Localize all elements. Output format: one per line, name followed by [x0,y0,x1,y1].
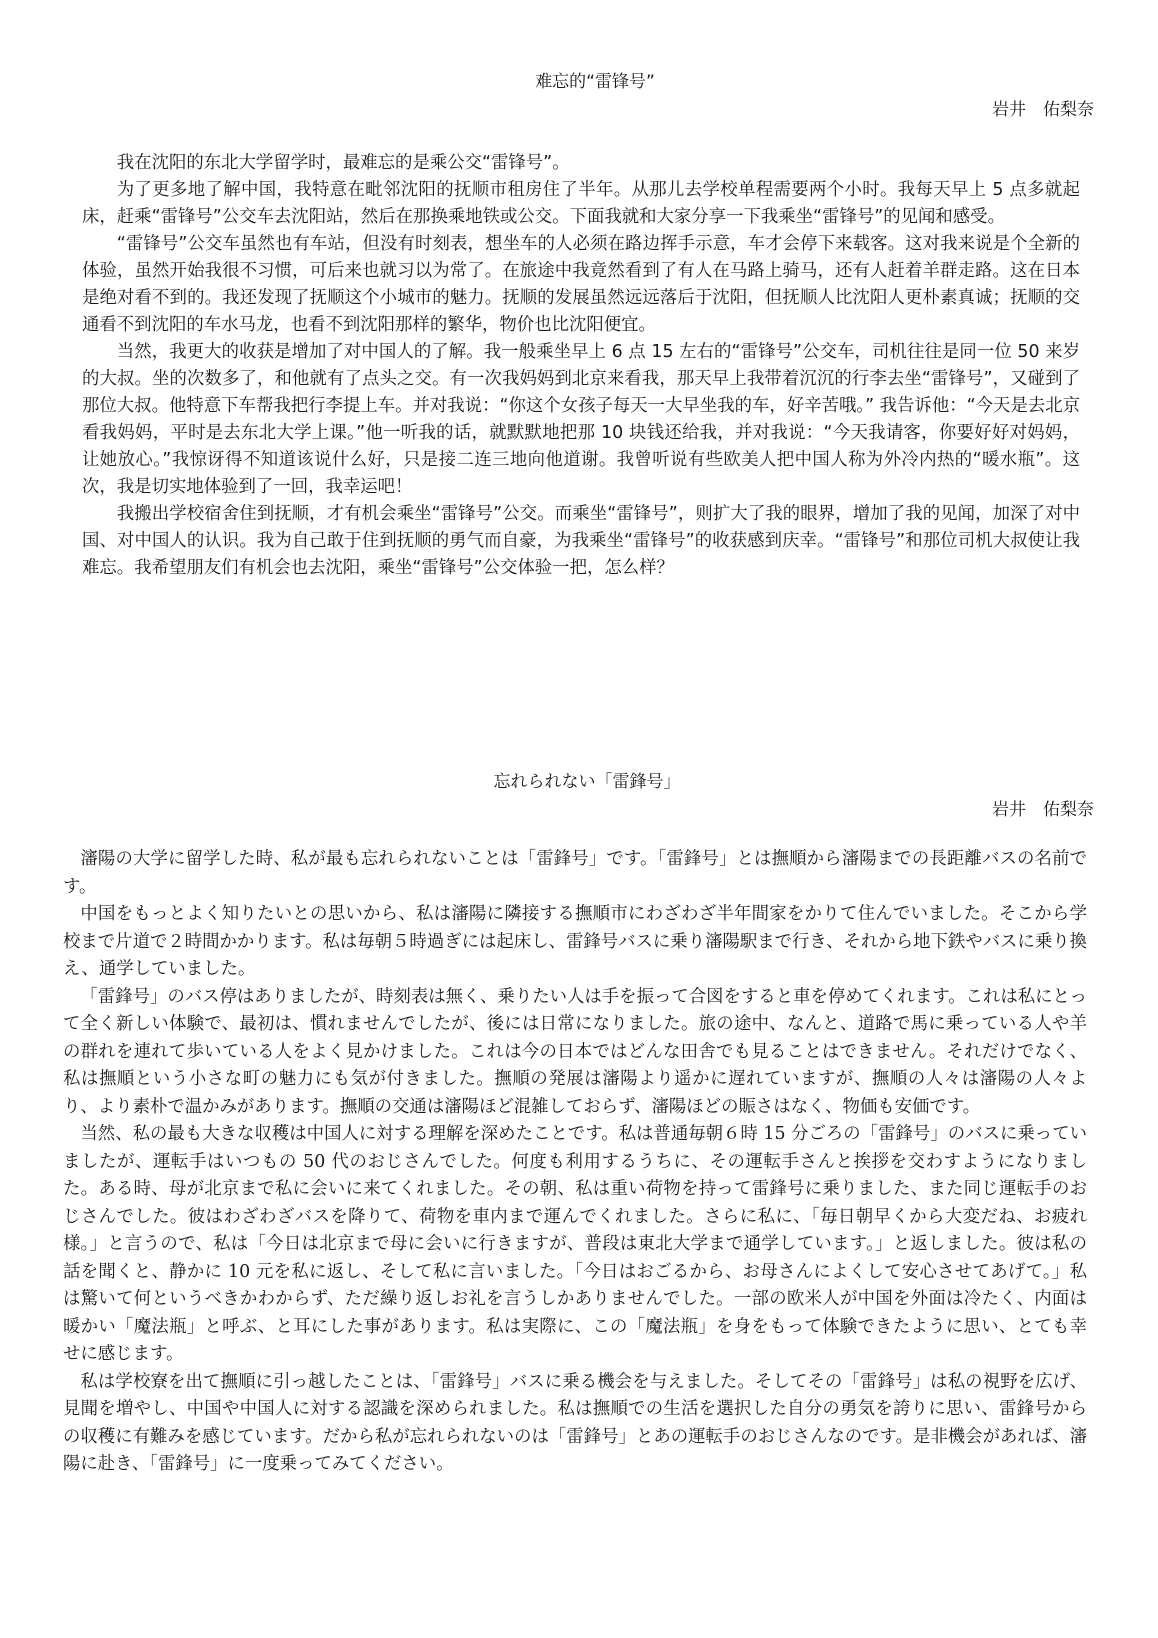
chinese-paragraph-3: “雷锋号”公交车虽然也有车站，但没有时刻表，想坐车的人必须在路边挥手示意，车才会… [82,231,1080,339]
japanese-paragraph-4: 当然、私の最も大きな収穫は中国人に対する理解を深めたことです。私は普通毎朝６時 … [63,1121,1087,1369]
japanese-paragraph-3: 「雷鋒号」のバス停はありましたが、時刻表は無く、乗りたい人は手を振って合図をする… [63,984,1087,1122]
japanese-paragraph-1: 瀋陽の大学に留学した時、私が最も忘れられないことは「雷鋒号」です。「雷鋒号」とは… [63,846,1087,901]
japanese-essay-author: 岩井 佑梨奈 [992,798,1094,822]
chinese-paragraph-5: 我搬出学校宿舍住到抚顺，才有机会乘坐“雷锋号”公交。而乘坐“雷锋号”，则扩大了我… [82,501,1080,582]
chinese-essay-body: 我在沈阳的东北大学留学时，最难忘的是乘公交“雷锋号”。 为了更多地了解中国，我特… [82,150,1080,582]
chinese-paragraph-2: 为了更多地了解中国，我特意在毗邻沈阳的抚顺市租房住了半年。从那儿去学校单程需要两… [82,177,1080,231]
japanese-essay-title: 忘れられない「雷鋒号」 [8,770,1158,794]
chinese-essay-title: 难忘的“雷锋号” [16,70,1158,94]
document-page: 难忘的“雷锋号” 岩井 佑梨奈 我在沈阳的东北大学留学时，最难忘的是乘公交“雷锋… [0,0,1158,1638]
chinese-paragraph-1: 我在沈阳的东北大学留学时，最难忘的是乘公交“雷锋号”。 [82,150,1080,177]
chinese-paragraph-4: 当然，我更大的收获是增加了对中国人的了解。我一般乘坐早上 6 点 15 左右的“… [82,339,1080,501]
japanese-paragraph-5: 私は学校寮を出て撫順に引っ越したことは、「雷鋒号」バスに乗る機会を与えました。そ… [63,1369,1087,1479]
chinese-essay-author: 岩井 佑梨奈 [992,98,1094,122]
japanese-paragraph-2: 中国をもっとよく知りたいとの思いから、私は瀋陽に隣接する撫順市にわざわざ半年間家… [63,901,1087,984]
japanese-essay-body: 瀋陽の大学に留学した時、私が最も忘れられないことは「雷鋒号」です。「雷鋒号」とは… [63,846,1087,1479]
